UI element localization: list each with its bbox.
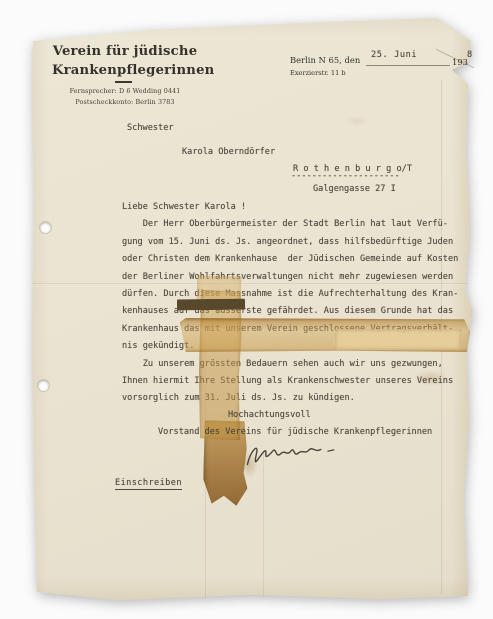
recipient-city-underline: --------------------- xyxy=(291,171,400,181)
photo-background: Verein für jüdische Krankenpflegerinnen … xyxy=(0,0,493,619)
date-city-printed: Berlin N 65, den xyxy=(290,55,360,65)
tape-glossy-patch xyxy=(335,329,462,350)
punch-hole-bottom xyxy=(38,380,49,391)
year-printed: 193 xyxy=(452,57,468,67)
blacked-out-bar xyxy=(177,299,245,311)
recipient-street: Galgengasse 27 I xyxy=(313,184,396,194)
recipient-name: Karola Oberndörfer xyxy=(182,147,275,157)
letterhead-title: Verein für jüdische Krankenpflegerinnen xyxy=(52,42,198,80)
mailing-note-einschreiben: Einschreiben xyxy=(115,478,182,490)
letterhead-title-line1: Verein für jüdische xyxy=(52,42,198,61)
letter-body-text: Liebe Schwester Karola ! Der Herr Oberbü… xyxy=(122,199,474,408)
letterhead-divider xyxy=(115,81,132,83)
date-rule-line xyxy=(366,65,450,66)
punch-hole-top xyxy=(40,222,51,233)
letterhead-phone: Fernsprecher: D 6 Wedding 0441 xyxy=(44,86,206,97)
sender-line: Vorstand des Vereins für jüdische Kranke… xyxy=(158,427,432,437)
recipient-title: Schwester xyxy=(127,123,174,133)
letterhead-contact: Fernsprecher: D 6 Wedding 0441 Postschec… xyxy=(44,86,206,107)
closing-formula: Hochachtungsvoll xyxy=(228,410,311,420)
handwritten-signature xyxy=(242,435,344,474)
stain xyxy=(345,116,369,126)
letterhead-account: Postscheckkonto: Berlin 3783 xyxy=(44,97,206,108)
year-digit-typed: 8 xyxy=(467,50,472,60)
typed-date: 25. Juni xyxy=(371,50,417,60)
date-street-printed: Exerzierstr. 11 b xyxy=(290,69,346,77)
letterhead-title-line2: Krankenpflegerinnen xyxy=(52,61,198,80)
vertical-fold-crease-2 xyxy=(263,452,264,597)
